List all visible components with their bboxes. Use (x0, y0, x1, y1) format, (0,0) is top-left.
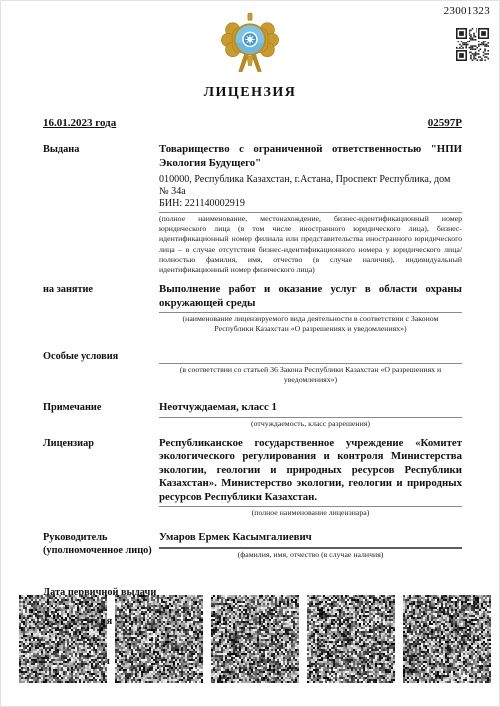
field-note: (полное наименование, местонахождение, б… (159, 214, 462, 275)
field-note: (отчуждаемость, класс разрешения) (159, 419, 462, 429)
licensee-address: 010000, Республика Казахстан, г.Астана, … (159, 174, 462, 198)
field-head: Руководитель (уполномоченное лицо) Умаро… (43, 531, 462, 560)
field-rule (159, 417, 462, 418)
field-rule (159, 506, 462, 507)
special-conditions-value (159, 350, 462, 361)
licensor-value: Республиканское государственное учрежден… (159, 437, 462, 505)
field-label: Выдана (43, 143, 159, 156)
stamp-barcode (19, 595, 107, 683)
field-note: (полное наименование лицензиара) (159, 508, 462, 518)
stamp-barcode (115, 595, 203, 683)
field-rule (159, 547, 462, 549)
qr-code-icon (456, 28, 489, 61)
field-label: на занятие (43, 283, 159, 296)
field-label: Руководитель (уполномоченное лицо) (43, 531, 159, 557)
field-licensor: Лицензиар Республиканское государственно… (43, 437, 462, 519)
field-issued-to: Выдана Товарищество с ограниченной ответ… (43, 143, 462, 275)
header-row: 16.01.2023 года 02597P (43, 117, 462, 129)
field-rule (159, 212, 462, 213)
head-name: Умаров Ермек Касымгалиевич (159, 531, 462, 545)
issue-date: 16.01.2023 года (43, 117, 116, 129)
stamp-barcode (211, 595, 299, 683)
field-note: (в соответствии со статьей 36 Закона Рес… (159, 365, 462, 385)
licensee-name: Товарищество с ограниченной ответственно… (159, 143, 462, 170)
field-note: (фамилия, имя, отчество (в случае наличи… (159, 550, 462, 560)
stamp-barcode (307, 595, 395, 683)
stamp-row (19, 595, 491, 683)
field-label: Особые условия (43, 350, 159, 363)
activity-value: Выполнение работ и оказание услуг в обла… (159, 283, 462, 310)
field-rule (159, 363, 462, 364)
stamp-barcode (403, 595, 491, 683)
license-document: 23001323 ЛИЦЕНЗИЯ 16.01.2023 года 02597P (0, 0, 500, 707)
field-activity: на занятие Выполнение работ и оказание у… (43, 283, 462, 334)
license-number: 02597P (428, 117, 462, 129)
field-label: Примечание (43, 401, 159, 414)
fields: Выдана Товарищество с ограниченной ответ… (43, 143, 462, 673)
licensee-bin: БИН: 221140002919 (159, 198, 462, 210)
kazakhstan-emblem-icon (220, 12, 280, 74)
field-remark: Примечание Неотчуждаемая, класс 1 (отчуж… (43, 401, 462, 429)
remark-value: Неотчуждаемая, класс 1 (159, 401, 462, 415)
field-special-conditions: Особые условия (в соответствии со статье… (43, 350, 462, 385)
field-rule (159, 312, 462, 313)
document-number: 23001323 (444, 5, 490, 17)
field-note: (наименование лицензируемого вида деятел… (159, 314, 462, 334)
field-label: Лицензиар (43, 437, 159, 450)
